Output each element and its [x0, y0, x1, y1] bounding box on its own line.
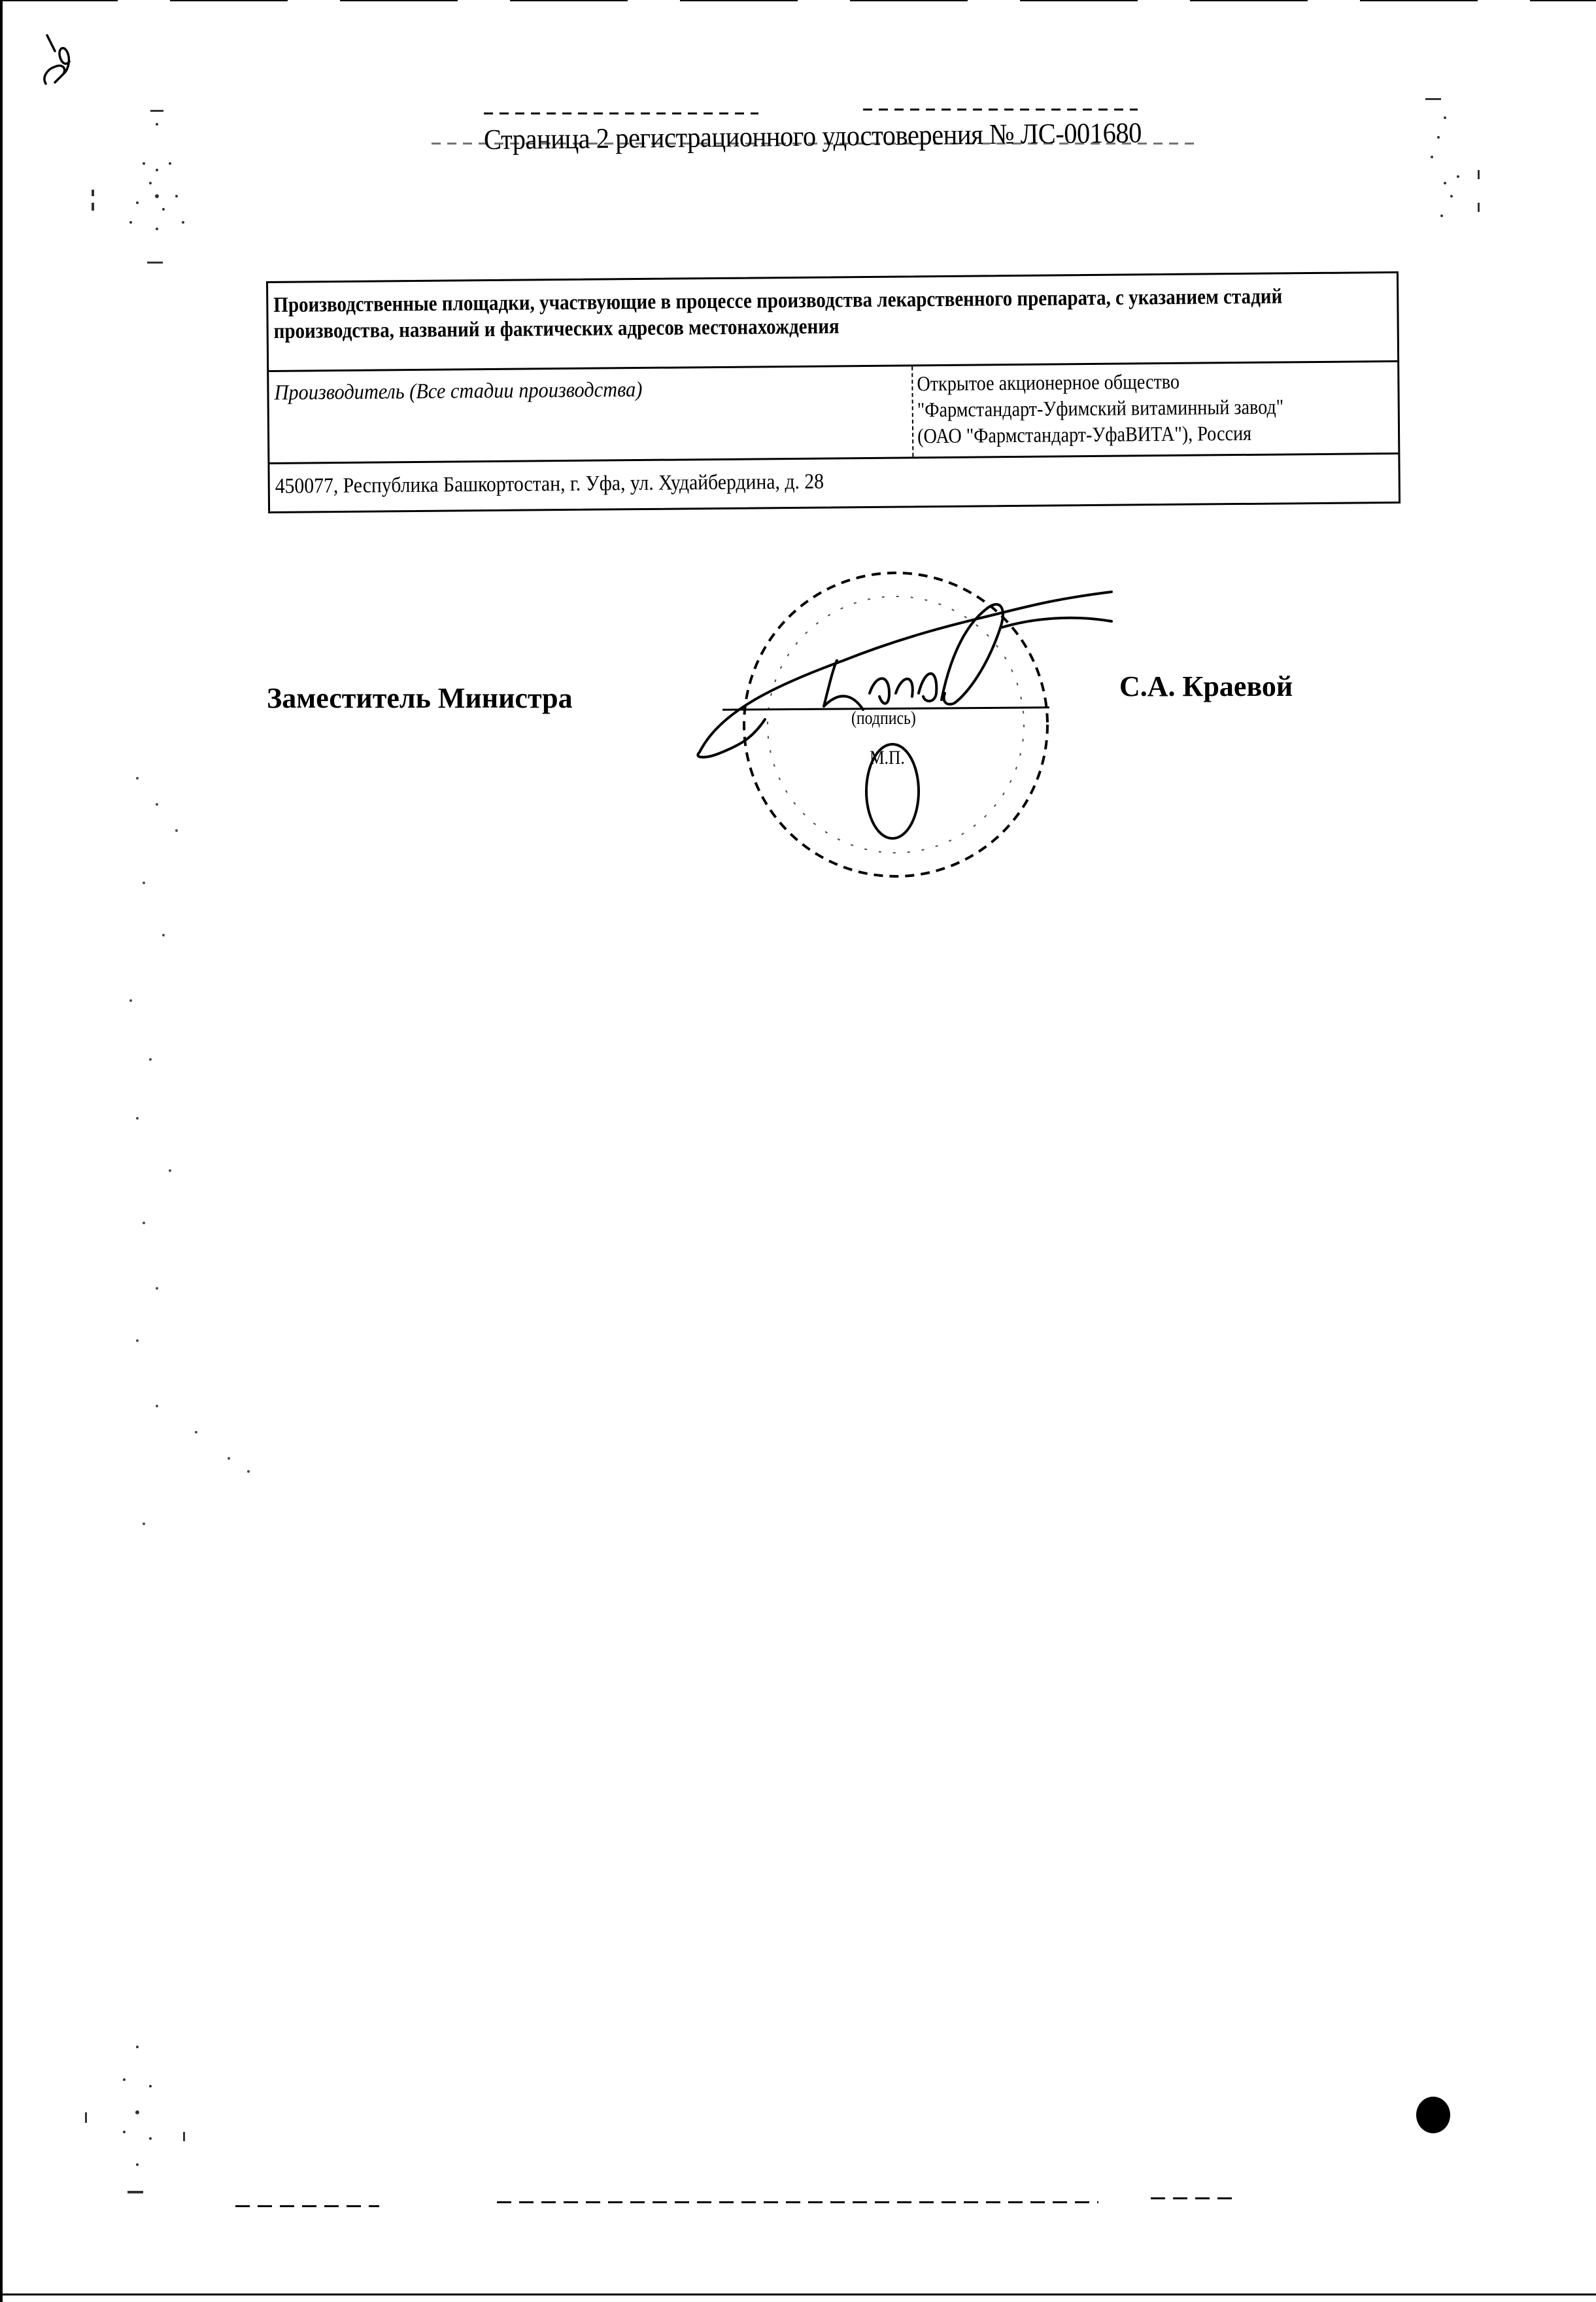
company-line: "Фармстандарт-Уфимский витаминный завод": [917, 393, 1338, 423]
handwritten-page-number-mark: [41, 31, 86, 90]
footer-rule-artifact: [235, 2205, 379, 2207]
header-rule-artifact: [863, 109, 1138, 111]
company-line: Открытое акционерное общество: [917, 367, 1338, 397]
signer-position: Заместитель Министра: [267, 681, 573, 715]
header-rule-artifact: [484, 112, 758, 114]
company-line: (ОАО "Фармстандарт-УфаВИТА"), Россия: [917, 419, 1338, 449]
footer-rule-artifact: [497, 2201, 1098, 2203]
signer-name: С.А. Краевой: [1119, 670, 1293, 703]
official-stamp-icon: [693, 562, 1151, 889]
production-address: 450077, Республика Башкортостан, г. Уфа,…: [275, 469, 824, 500]
page-header-title: Страница 2 регистрационного удостоверени…: [484, 116, 1142, 156]
scan-specks: [118, 752, 314, 1733]
footer-rule-artifact: [1151, 2197, 1236, 2199]
stamp-place-label: М.П.: [870, 747, 905, 769]
manufacturer-row: Производитель (Все стадии производства) …: [269, 362, 1398, 464]
manufacturer-role-text: Производитель (Все стадии производства): [274, 377, 642, 406]
table-heading-text: Производственные площадки, участвующие в…: [273, 283, 1384, 345]
hole-punch-mark: [1416, 2097, 1450, 2133]
production-sites-table: Производственные площадки, участвующие в…: [266, 271, 1401, 513]
manufacturer-role-cell: Производитель (Все стадии производства): [269, 366, 912, 462]
corner-ornament-icon: [78, 2034, 196, 2204]
page-left-edge: [0, 0, 3, 2302]
signature-caption: (подпись): [851, 708, 916, 729]
page-bottom-edge: [0, 2293, 1596, 2295]
corner-ornament-icon: [92, 105, 209, 275]
table-heading-row: Производственные площадки, участвующие в…: [268, 273, 1397, 372]
page-top-edge: [0, 0, 1596, 1]
corner-ornament-icon: [1380, 78, 1497, 249]
company-name-cell: Открытое акционерное общество "Фармстанд…: [911, 362, 1398, 456]
address-row: 450077, Республика Башкортостан, г. Уфа,…: [269, 455, 1399, 511]
